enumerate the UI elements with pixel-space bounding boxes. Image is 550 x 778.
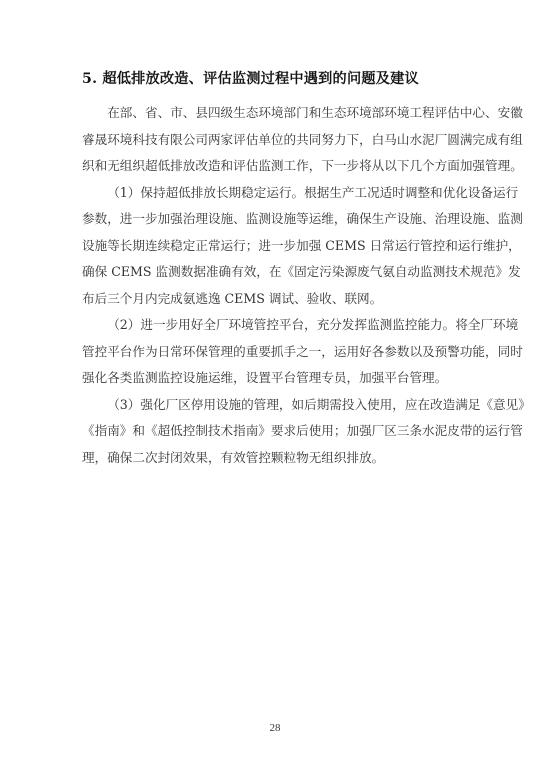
text-line: 管控平台作为日常环保管理的重要抓手之一，运用好各参数以及预警功能，同时	[82, 339, 468, 366]
text-line: （3）强化厂区停用设施的管理，如后期需投入使用，应在改造满足《意见》	[82, 392, 468, 419]
page-number: 28	[0, 722, 550, 734]
text-line: 强化各类监测监控设施运维，设置平台管理专员，加强平台管理。	[82, 365, 468, 392]
paragraph-item-1: （1）保持超低排放长期稳定运行。根据生产工况适时调整和优化设备运行 参数，进一步…	[82, 180, 468, 313]
document-page: 5. 超低排放改造、评估监测过程中遇到的问题及建议 在部、省、市、县四级生态环境…	[0, 0, 550, 778]
text-line: 《指南》和《超低控制技术指南》要求后使用；加强厂区三条水泥皮带的运行管	[82, 418, 468, 445]
text-line: 确保 CEMS 监测数据准确有效，在《固定污染源废气氨自动监测技术规范》发	[82, 259, 468, 286]
section-heading: 5. 超低排放改造、评估监测过程中遇到的问题及建议	[82, 68, 482, 88]
paragraph-intro: 在部、省、市、县四级生态环境部门和生态环境部环境工程评估中心、安徽 睿晟环境科技…	[82, 100, 468, 180]
text-line: 在部、省、市、县四级生态环境部门和生态环境部环境工程评估中心、安徽	[82, 100, 468, 127]
text-line: （2）进一步用好全厂环境管控平台，充分发挥监测监控能力。将全厂环境	[82, 312, 468, 339]
paragraph-item-2: （2）进一步用好全厂环境管控平台，充分发挥监测监控能力。将全厂环境 管控平台作为…	[82, 312, 468, 392]
paragraph-item-3: （3）强化厂区停用设施的管理，如后期需投入使用，应在改造满足《意见》 《指南》和…	[82, 392, 468, 472]
text-line: 睿晟环境科技有限公司两家评估单位的共同努力下，白马山水泥厂圆满完成有组	[82, 127, 468, 154]
text-line: （1）保持超低排放长期稳定运行。根据生产工况适时调整和优化设备运行	[82, 180, 468, 207]
text-line: 参数，进一步加强治理设施、监测设施等运维，确保生产设施、治理设施、监测	[82, 206, 468, 233]
text-line: 理，确保二次封闭效果，有效管控颗粒物无组织排放。	[82, 445, 468, 472]
body-text: 在部、省、市、县四级生态环境部门和生态环境部环境工程评估中心、安徽 睿晟环境科技…	[82, 100, 468, 471]
text-line: 设施等长期连续稳定正常运行；进一步加强 CEMS 日常运行管控和运行维护，	[82, 233, 468, 260]
text-line: 布后三个月内完成氨逃逸 CEMS 调试、验收、联网。	[82, 286, 468, 313]
text-line: 织和无组织超低排放改造和评估监测工作，下一步将从以下几个方面加强管理。	[82, 153, 468, 180]
